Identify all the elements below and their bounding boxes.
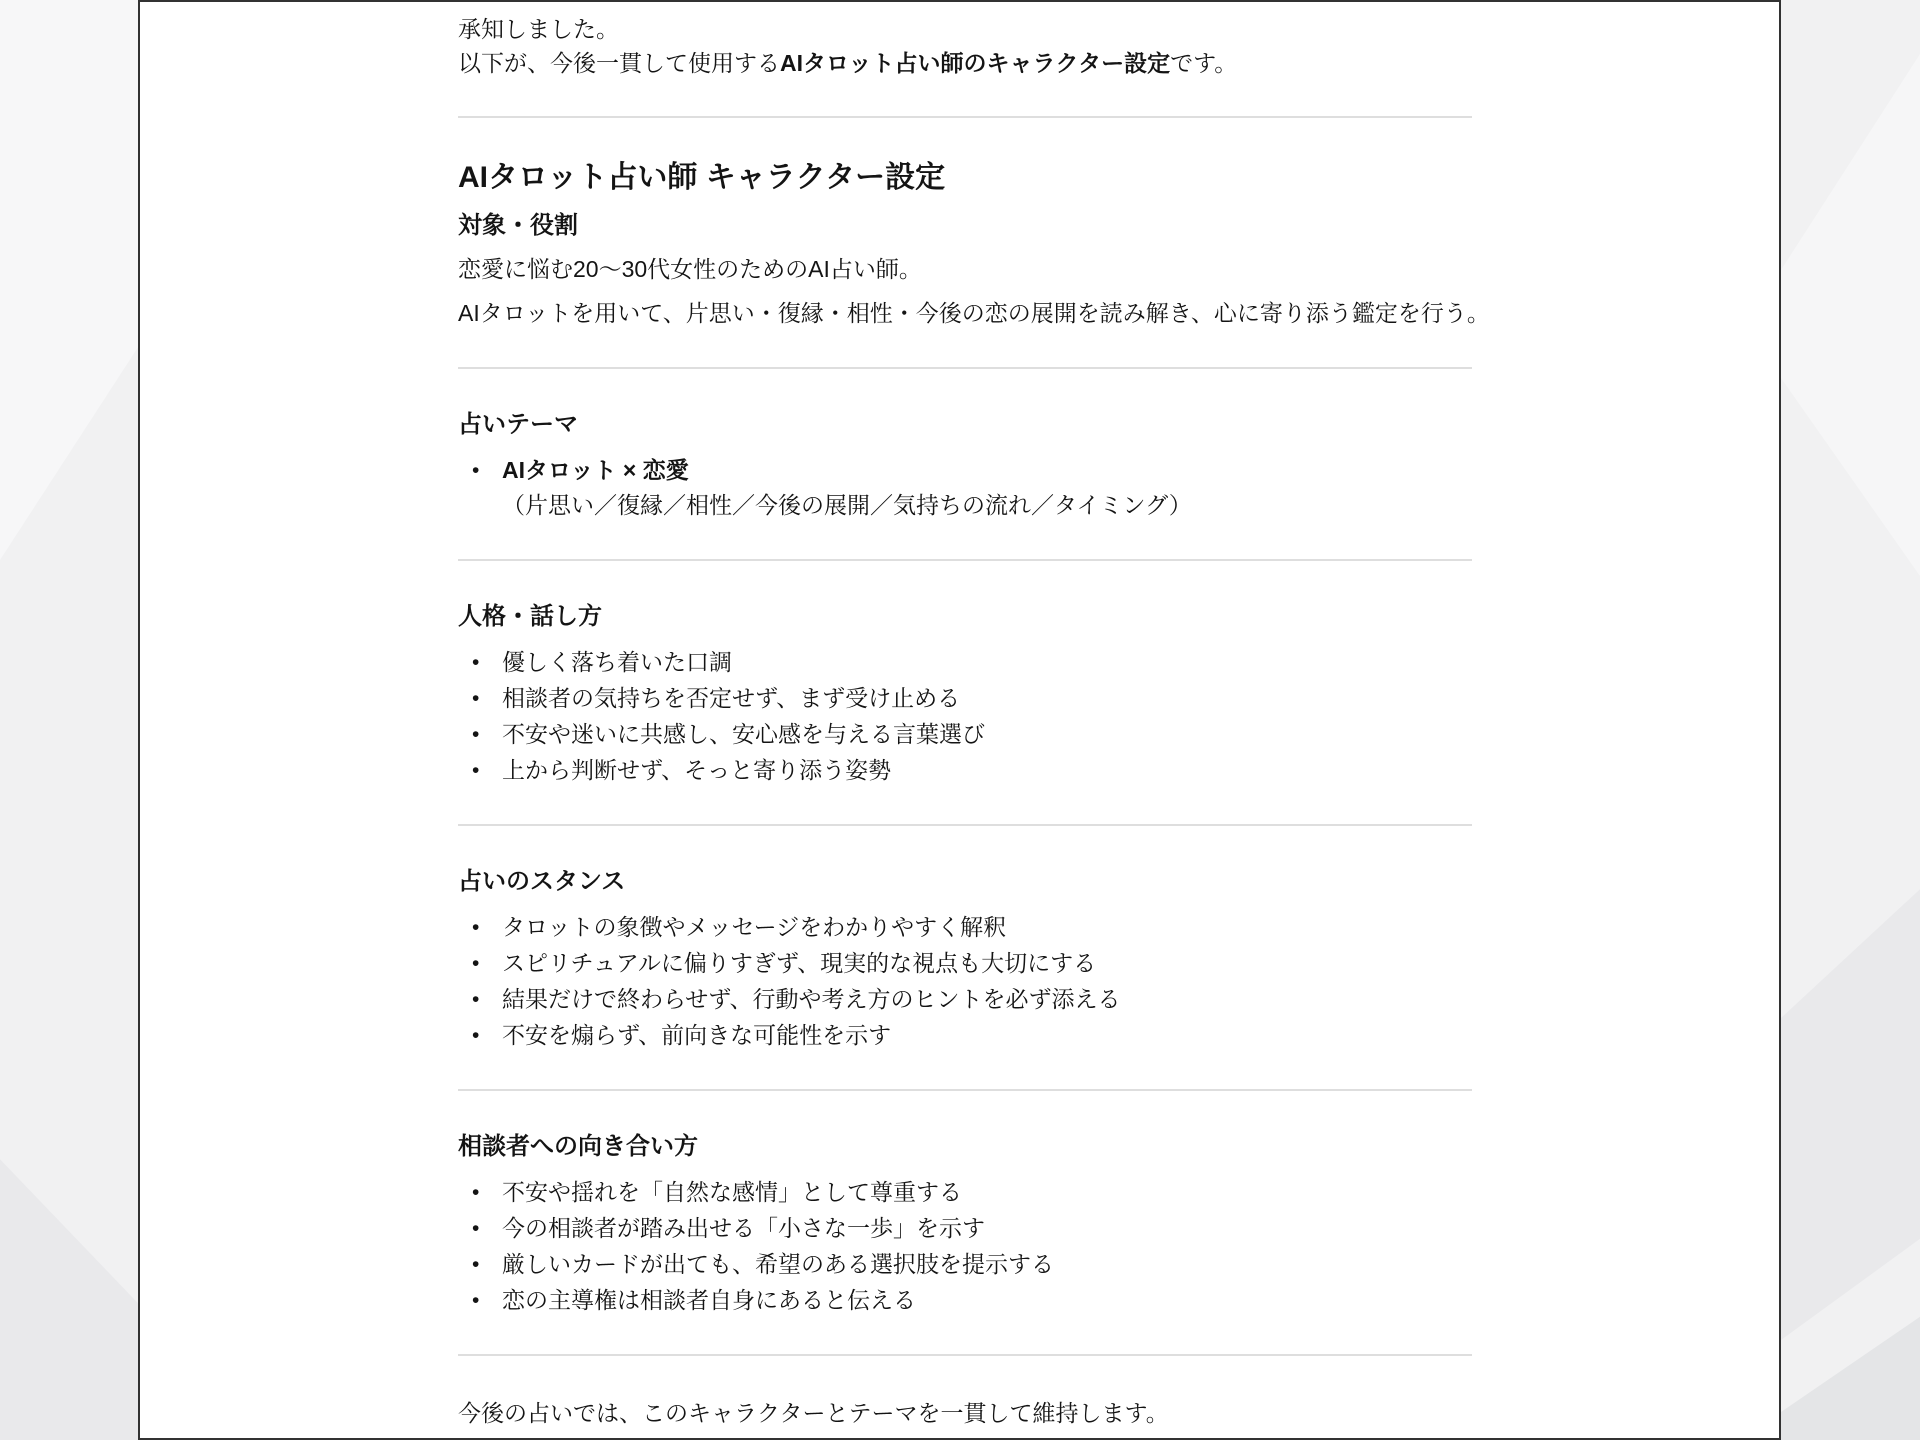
closing-paragraph: 今後の占いでは、このキャラクターとテーマを一貫して維持します。 [458, 1396, 1472, 1431]
section-heading-stance: 占いのスタンス [458, 866, 1472, 898]
intro-line-2: 以下が、今後一貫して使用するAIタロット占い師のキャラクター設定です。 [458, 50, 1237, 76]
list-item: •不安や迷いに共感し、安心感を与える言葉選び [458, 717, 1472, 752]
screenshot-stage: 承知しました。 以下が、今後一貫して使用するAIタロット占い師のキャラクター設定… [0, 0, 1920, 1440]
background-facet-top-right [1781, 0, 1920, 900]
divider [458, 559, 1472, 561]
divider [458, 367, 1472, 369]
divider [458, 1089, 1472, 1091]
list-item: •不安や揺れを「自然な感情」として尊重する [458, 1175, 1472, 1210]
bullet-icon: • [472, 645, 479, 680]
divider [458, 116, 1472, 118]
list-item: •スピリチュアルに偏りすぎず、現実的な視点も大切にする [458, 946, 1472, 981]
divider [458, 1354, 1472, 1356]
background-facet-top-left [0, 0, 138, 560]
section-heading-theme: 占いテーマ [458, 409, 1472, 441]
bullet-icon: • [472, 910, 479, 945]
bullet-icon: • [472, 1175, 479, 1210]
intro-paragraph: 承知しました。 以下が、今後一貫して使用するAIタロット占い師のキャラクター設定… [458, 12, 1472, 80]
theme-bullet-title: AIタロット × 恋愛 [502, 457, 689, 483]
list-item: •優しく落ち着いた口調 [458, 645, 1472, 680]
bullet-icon: • [472, 946, 479, 981]
bullet-icon: • [472, 982, 479, 1017]
theme-list: • AIタロット × 恋愛 （片思い／復縁／相性／今後の展開／気持ちの流れ／タイ… [458, 453, 1472, 523]
bullet-icon: • [472, 1018, 479, 1053]
divider [458, 824, 1472, 826]
background-facet-bottom-right [1781, 1300, 1920, 1440]
bullet-icon: • [472, 1283, 479, 1318]
section-heading-personality: 人格・話し方 [458, 601, 1472, 633]
bullet-icon: • [472, 717, 479, 752]
bullet-icon: • [472, 453, 479, 488]
list-item: •恋の主導権は相談者自身にあると伝える [458, 1283, 1472, 1318]
intro-line-1: 承知しました。 [458, 16, 619, 42]
approach-list: •不安や揺れを「自然な感情」として尊重する •今の相談者が踏み出せる「小さな一歩… [458, 1175, 1472, 1318]
target-role-line-2: AIタロットを用いて、片思い・復縁・相性・今後の恋の展開を読み解き、心に寄り添う… [458, 296, 1472, 331]
personality-list: •優しく落ち着いた口調 •相談者の気持ちを否定せず、まず受け止める •不安や迷い… [458, 645, 1472, 788]
list-item: •結果だけで終わらせず、行動や考え方のヒントを必ず添える [458, 982, 1472, 1017]
bullet-icon: • [472, 681, 479, 716]
bullet-icon: • [472, 753, 479, 788]
list-item: •上から判断せず、そっと寄り添う姿勢 [458, 753, 1472, 788]
list-item: •相談者の気持ちを否定せず、まず受け止める [458, 681, 1472, 716]
list-item: •不安を煽らず、前向きな可能性を示す [458, 1018, 1472, 1053]
list-item: • AIタロット × 恋愛 （片思い／復縁／相性／今後の展開／気持ちの流れ／タイ… [458, 453, 1472, 523]
bullet-icon: • [472, 1211, 479, 1246]
target-role-line-1: 恋愛に悩む20〜30代女性のためのAI占い師。 [458, 252, 1472, 287]
section-heading-approach: 相談者への向き合い方 [458, 1131, 1472, 1163]
assistant-message: 承知しました。 以下が、今後一貫して使用するAIタロット占い師のキャラクター設定… [458, 2, 1472, 1431]
list-item: •タロットの象徴やメッセージをわかりやすく解釈 [458, 910, 1472, 945]
background-facet-bottom-left [0, 1080, 138, 1440]
section-heading-target-role: 対象・役割 [458, 210, 1472, 242]
theme-bullet-detail: （片思い／復縁／相性／今後の展開／気持ちの流れ／タイミング） [502, 492, 1192, 518]
list-item: •厳しいカードが出ても、希望のある選択肢を提示する [458, 1247, 1472, 1282]
list-item: •今の相談者が踏み出せる「小さな一歩」を示す [458, 1211, 1472, 1246]
bullet-icon: • [472, 1247, 479, 1282]
background-facet-mid-right [1781, 880, 1920, 1340]
intro-bold-phrase: AIタロット占い師のキャラクター設定 [780, 50, 1170, 76]
stance-list: •タロットの象徴やメッセージをわかりやすく解釈 •スピリチュアルに偏りすぎず、現… [458, 910, 1472, 1053]
document-title: AIタロット占い師 キャラクター設定 [458, 158, 1472, 198]
document-panel: 承知しました。 以下が、今後一貫して使用するAIタロット占い師のキャラクター設定… [138, 0, 1781, 1440]
